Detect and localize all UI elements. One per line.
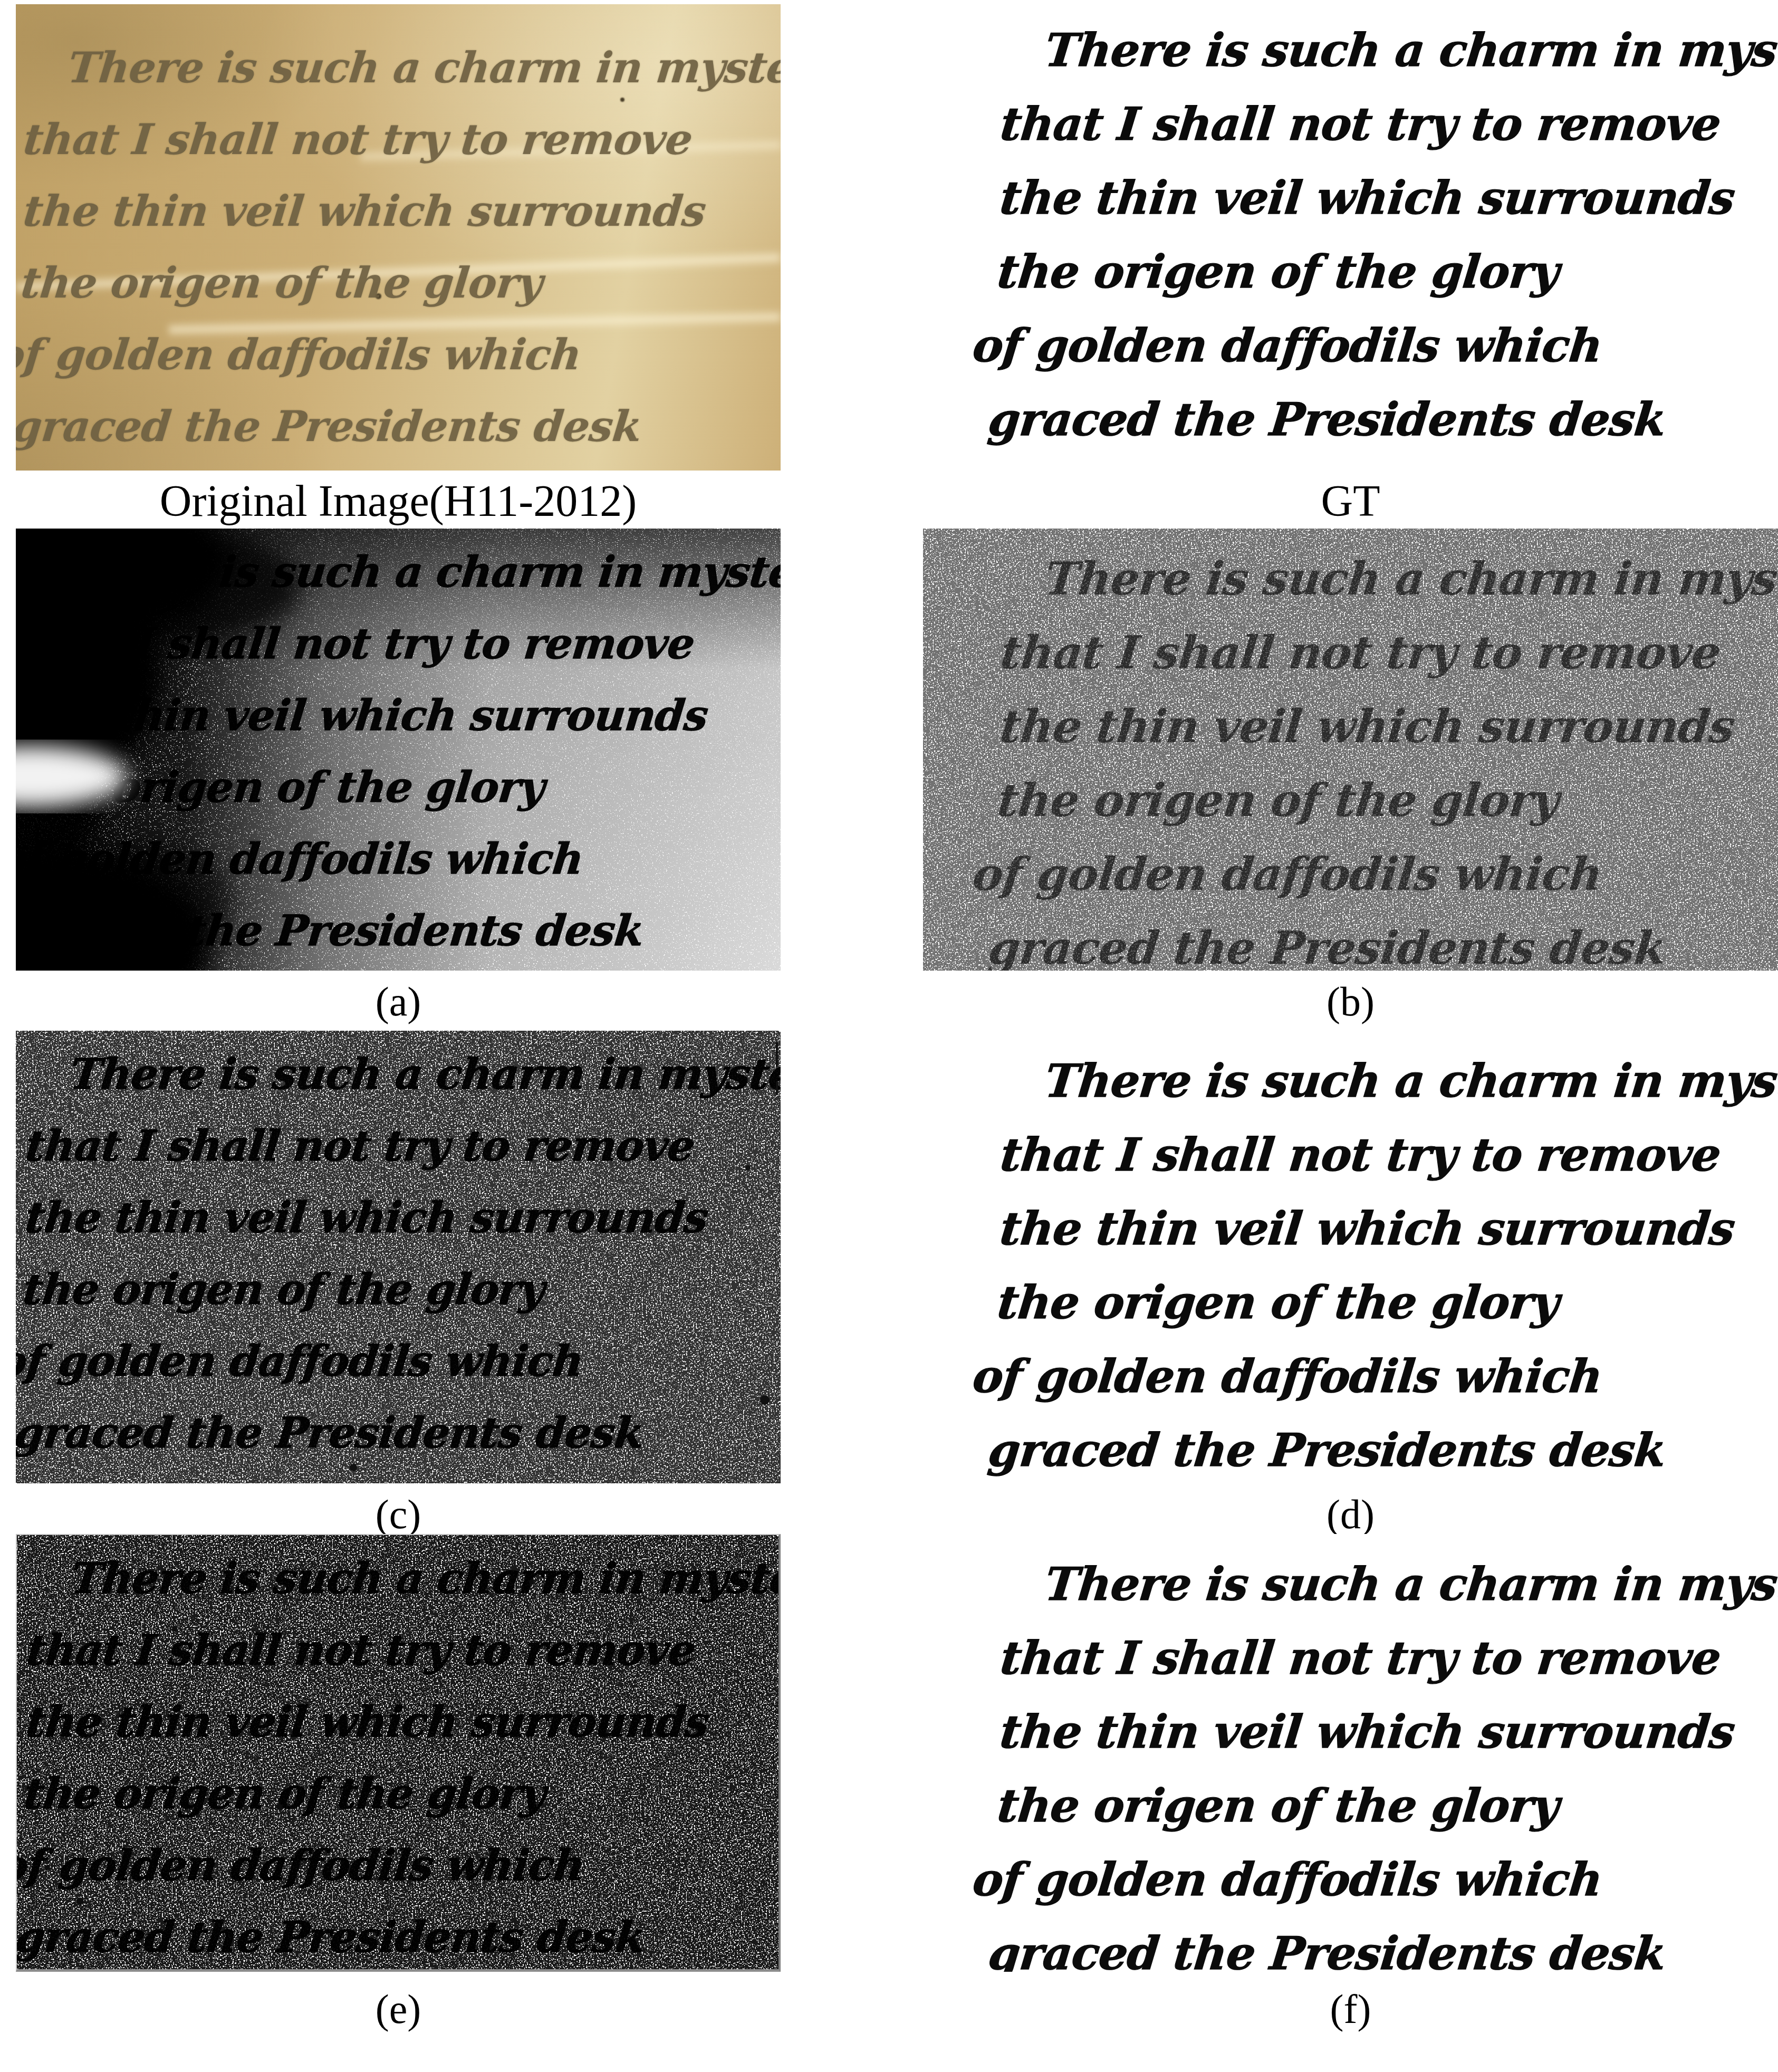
panel-result-d: There is such a charm in mystery,that I …	[923, 1031, 1778, 1483]
panel-original-image: There is such a charm in mystery,that I …	[16, 4, 781, 471]
handwriting-line: of golden daffodils which	[969, 838, 1746, 912]
figure-grid: There is such a charm in mystery,that I …	[0, 0, 1778, 2072]
handwriting-line: There is such a charm in mystery,	[1042, 1548, 1777, 1622]
handwriting-line: the origen of the glory	[994, 235, 1753, 309]
handwriting-c: There is such a charm in mystery,that I …	[16, 1031, 781, 1469]
caption-f: (f)	[923, 1972, 1778, 2072]
handwriting-line: the thin veil which surrounds	[996, 690, 1761, 764]
handwriting-line: that I shall not try to remove	[997, 1622, 1769, 1695]
panel-result-f: There is such a charm in mystery,that I …	[923, 1534, 1778, 1972]
handwriting-a: There is such a charm in mystery,that I …	[16, 529, 781, 966]
handwriting-line: the thin veil which surrounds	[23, 1686, 763, 1758]
handwriting-line: There is such a charm in mystery,	[1042, 1044, 1777, 1118]
caption-a: (a)	[16, 971, 781, 1031]
handwriting-b: There is such a charm in mystery,that I …	[923, 529, 1778, 971]
handwriting-line: graced the Presidents desk	[985, 1917, 1738, 1972]
handwriting-line: the origen of the glory	[21, 1758, 755, 1829]
caption-gt: GT	[923, 471, 1778, 529]
handwriting-line: the thin veil which surrounds	[20, 175, 763, 247]
handwriting-line: that I shall not try to remove	[997, 1118, 1769, 1192]
handwriting-line: the thin veil which surrounds	[996, 161, 1761, 235]
handwriting-line: the origen of the glory	[994, 1769, 1753, 1843]
handwriting-line: that I shall not try to remove	[997, 88, 1769, 161]
handwriting-line: of golden daffodils which	[16, 823, 749, 895]
caption-c: (c)	[16, 1483, 781, 1534]
handwriting-line: of golden daffodils which	[16, 1829, 747, 1901]
handwriting-line: that I shall not try to remove	[22, 1110, 772, 1182]
handwriting-f: There is such a charm in mystery,that I …	[923, 1534, 1778, 1972]
handwriting-line: that I shall not try to remove	[20, 103, 770, 175]
caption-b: (b)	[923, 971, 1778, 1031]
panel-result-e: There is such a charm in mystery,that I …	[16, 1534, 781, 1972]
handwriting-line: the origen of the glory	[20, 751, 757, 823]
handwriting-line: There is such a charm in mystery,	[66, 1038, 780, 1110]
handwriting-line: There is such a charm in mystery,	[68, 1542, 777, 1614]
handwriting-line: graced the Presidents desk	[985, 1414, 1738, 1483]
handwriting-line: of golden daffodils which	[969, 1340, 1746, 1414]
handwriting-d: There is such a charm in mystery,that I …	[923, 1031, 1778, 1483]
handwriting-line: There is such a charm in mystery,	[66, 536, 780, 608]
handwriting-line: graced the Presidents desk	[985, 383, 1738, 457]
handwriting-line: the origen of the glory	[994, 1266, 1753, 1340]
handwriting-line: the thin veil which surrounds	[996, 1695, 1761, 1769]
handwriting-e: There is such a charm in mystery,that I …	[16, 1535, 779, 1972]
panel-gt: There is such a charm in mystery,that I …	[923, 0, 1778, 471]
handwriting-line: the thin veil which surrounds	[996, 1192, 1761, 1266]
handwriting-gt: There is such a charm in mystery,that I …	[923, 0, 1778, 457]
handwriting-line: of golden daffodils which	[969, 1843, 1746, 1917]
panel-result-b: There is such a charm in mystery,that I …	[923, 529, 1778, 971]
handwriting-line: of golden daffodils which	[16, 1325, 749, 1397]
handwriting-line: the origen of the glory	[17, 247, 755, 319]
handwriting-line: of golden daffodils which	[969, 309, 1746, 383]
handwriting-line: graced the Presidents desk	[985, 912, 1738, 971]
handwriting-line: graced the Presidents desk	[16, 390, 740, 462]
handwriting-line: There is such a charm in mystery,	[64, 32, 777, 103]
caption-e: (e)	[16, 1972, 781, 2072]
handwriting-line: of golden daffodils which	[16, 319, 747, 390]
handwriting-line: graced the Presidents desk	[16, 895, 742, 966]
handwriting-line: the thin veil which surrounds	[22, 1182, 765, 1253]
panel-result-a: There is such a charm in mystery,that I …	[16, 529, 781, 971]
handwriting-line: the thin veil which surrounds	[22, 679, 765, 751]
handwriting-line: graced the Presidents desk	[16, 1397, 742, 1469]
handwriting-line: that I shall not try to remove	[22, 608, 772, 679]
handwriting-line: that I shall not try to remove	[997, 616, 1769, 690]
caption-d: (d)	[923, 1483, 1778, 1534]
panel-result-c: There is such a charm in mystery,that I …	[16, 1031, 781, 1483]
handwriting-line: graced the Presidents desk	[16, 1901, 740, 1972]
handwriting-line: that I shall not try to remove	[23, 1614, 770, 1686]
handwriting-original: There is such a charm in mystery,that I …	[16, 4, 781, 462]
handwriting-line: the origen of the glory	[994, 764, 1753, 838]
handwriting-line: the origen of the glory	[20, 1253, 757, 1325]
handwriting-line: There is such a charm in mystery,	[1042, 14, 1777, 88]
caption-original: Original Image(H11-2012)	[16, 471, 781, 529]
handwriting-line: There is such a charm in mystery,	[1042, 542, 1777, 616]
